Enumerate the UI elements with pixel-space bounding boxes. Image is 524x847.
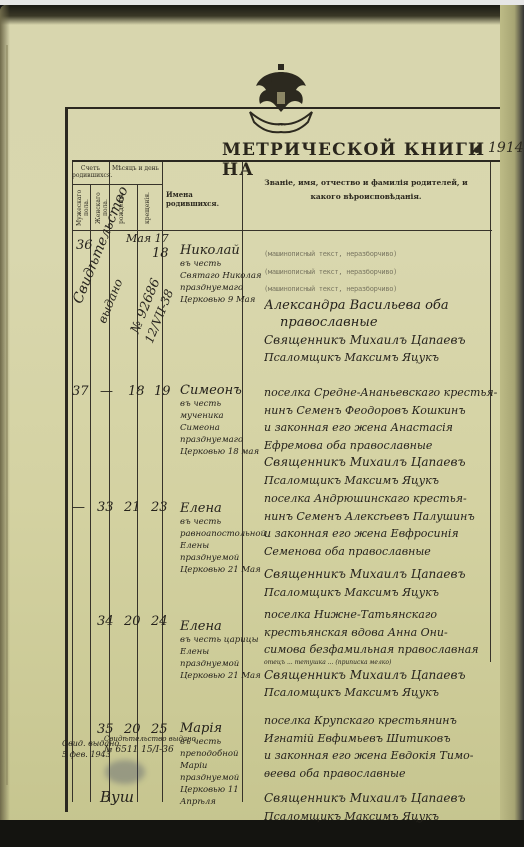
year-bullet xyxy=(474,147,480,153)
row1-born: Мая 17 xyxy=(126,232,169,245)
row1-parents: (машинописный текст, неразборчиво) (маши… xyxy=(264,246,504,367)
row4-child-name: Елена въ честь царицы Елены празднуемой … xyxy=(180,620,262,682)
row2-child-name: Симеонъ въ честь мученика Симеона праздн… xyxy=(180,384,262,458)
row5-margin-note-2: Свидѣтельство выдано № 6511 15/I-36 xyxy=(104,734,196,756)
row3-parents: поселка Андрюшинскаго крестья- нинъ Семе… xyxy=(264,490,504,601)
row4-born: 20 xyxy=(124,614,141,629)
record-year: 1914 xyxy=(488,140,524,156)
row4-female-no: 34 xyxy=(97,614,114,629)
col-divider xyxy=(137,184,138,802)
row5-parents: поселка Крупскаго крестьянинъ Игнатій Ев… xyxy=(264,712,504,825)
row2-female-no: — xyxy=(100,384,113,399)
double-headed-eagle-crest-icon xyxy=(246,62,316,138)
row3-male-no: — xyxy=(72,500,85,515)
header-bottom-rule xyxy=(72,230,492,231)
frame-top-rule xyxy=(65,107,500,109)
frame-left-rule xyxy=(65,107,68,812)
row4-parents: поселка Нижне-Татьянскаго крестьянская в… xyxy=(264,606,504,702)
page-spine-shadow xyxy=(6,45,8,785)
row2-male-no: 37 xyxy=(72,384,89,399)
header-parents: Званіе, имя, отчество и фамилія родителе… xyxy=(248,176,484,204)
row3-child-name: Елена въ честь равноапостольной Елены пр… xyxy=(180,502,262,576)
row2-born: 18 xyxy=(128,384,145,399)
header-birth-count: Счетъ родившихся. xyxy=(72,165,109,179)
row1-baptized: 18 xyxy=(152,246,169,261)
ink-smudge xyxy=(105,760,145,784)
header-baptized: крещенія. xyxy=(144,190,151,226)
col-divider xyxy=(72,162,73,802)
header-month-day: Мѣсяцъ и день xyxy=(109,165,162,172)
row2-baptized: 19 xyxy=(154,384,171,399)
col-divider xyxy=(109,162,110,802)
row5-signature: Вуш xyxy=(100,788,134,806)
row2-parents: поселка Средне-Ананьевскаго крестья- нин… xyxy=(264,384,504,489)
row3-born: 21 xyxy=(124,500,141,515)
row1-child-name: Николай въ честь Святаго Николая праздну… xyxy=(180,244,262,306)
row3-baptized: 23 xyxy=(151,500,168,515)
row4-baptized: 24 xyxy=(151,614,168,629)
header-child-name: Имена родившихся. xyxy=(166,190,240,208)
header-male: Мужескаго пола. xyxy=(76,190,90,226)
row3-female-no: 33 xyxy=(97,500,114,515)
